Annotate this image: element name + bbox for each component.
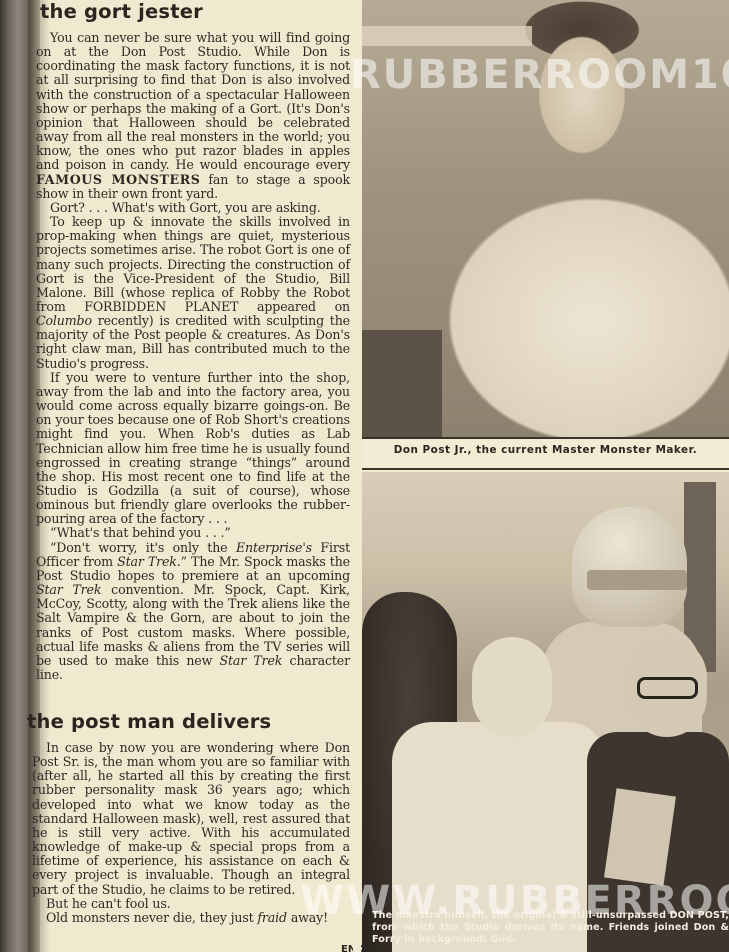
show-title: Columbo bbox=[36, 313, 92, 328]
photo-shadow bbox=[362, 330, 442, 437]
paragraph: If you were to venture further into the … bbox=[36, 371, 350, 527]
photo-background-light bbox=[362, 26, 532, 46]
watermark: WWW.RUBBERROOM101.COM bbox=[300, 878, 729, 924]
section-heading-post-man: the post man delivers bbox=[27, 710, 271, 734]
don-post-sr-head bbox=[472, 637, 552, 737]
section-body-gort-jester: You can never be sure what you will find… bbox=[36, 31, 350, 682]
text-column: the gort jester You can never be sure wh… bbox=[34, 0, 350, 952]
column-divider bbox=[353, 0, 361, 952]
gort-robot-head bbox=[572, 507, 687, 627]
paragraph: “What's that behind you . . .” bbox=[36, 526, 350, 540]
paragraph: You can never be sure what you will find… bbox=[36, 31, 350, 201]
paragraph: In case by now you are wondering where D… bbox=[32, 741, 350, 897]
magazine-held bbox=[604, 788, 676, 885]
magazine-title: FAMOUS MONSTERS bbox=[36, 172, 200, 187]
paragraph: To keep up & innovate the skills involve… bbox=[36, 215, 350, 371]
glasses bbox=[637, 677, 698, 699]
paragraph: “Don't worry, it's only the Enterprise's… bbox=[36, 541, 350, 683]
section-heading-gort-jester: the gort jester bbox=[40, 0, 203, 24]
gort-visor bbox=[587, 570, 687, 590]
watermark: RUBBERROOM101.COM bbox=[350, 52, 729, 98]
photo-caption-1: Don Post Jr., the current Master Monster… bbox=[362, 437, 729, 470]
paragraph: Gort? . . . What's with Gort, you are as… bbox=[36, 201, 350, 215]
